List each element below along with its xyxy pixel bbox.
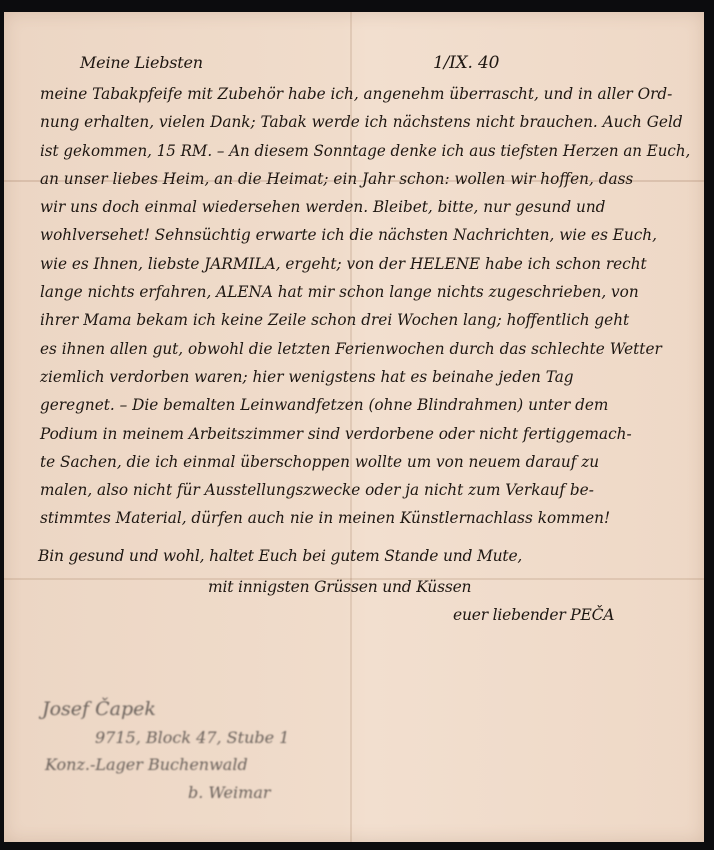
body-line: nung erhalten, vielen Dank; Tabak werde … (40, 108, 690, 136)
salutation: Meine Liebsten (80, 53, 203, 72)
closing-greeting: mit innigsten Grüssen und Küssen (208, 578, 471, 596)
body-line: stimmtes Material, dürfen auch nie in me… (40, 504, 690, 532)
body-line: Podium in meinem Arbeitszimmer sind verd… (40, 420, 690, 448)
body-line: meine Tabakpfeife mit Zubehör habe ich, … (40, 80, 690, 108)
body-line: ihrer Mama bekam ich keine Zeile schon d… (40, 306, 690, 334)
body-line: ziemlich verdorben waren; hier wenigsten… (40, 363, 690, 391)
body-line: lange nichts erfahren, ALENA hat mir sch… (40, 278, 690, 306)
sender-prisoner-block: 9715, Block 47, Stube 1 (95, 728, 289, 747)
body-line: wir uns doch einmal wiedersehen werden. … (40, 193, 690, 221)
signature: euer liebender PEČA (453, 606, 614, 624)
letter-body: meine Tabakpfeife mit Zubehör habe ich, … (40, 80, 700, 533)
sender-camp: Konz.-Lager Buchenwald (45, 755, 248, 774)
body-line: te Sachen, die ich einmal überschoppen w… (40, 448, 690, 476)
body-line: malen, also nicht für Ausstellungszwecke… (40, 476, 690, 504)
body-line: wohlversehet! Sehnsüchtig erwarte ich di… (40, 221, 690, 249)
body-line: wie es Ihnen, liebste JARMILA, ergeht; v… (40, 250, 690, 278)
body-line: ist gekommen, 15 RM. – An diesem Sonntag… (40, 137, 680, 165)
letter-date: 1/IX. 40 (433, 53, 499, 73)
body-line: es ihnen allen gut, obwohl die letzten F… (40, 335, 690, 363)
sender-name: Josef Čapek (42, 698, 156, 720)
body-line: geregnet. – Die bemalten Leinwandfetzen … (40, 391, 690, 419)
closing-line: Bin gesund und wohl, haltet Euch bei gut… (38, 547, 522, 565)
body-line: an unser liebes Heim, an die Heimat; ein… (40, 165, 690, 193)
sender-location: b. Weimar (188, 783, 271, 802)
